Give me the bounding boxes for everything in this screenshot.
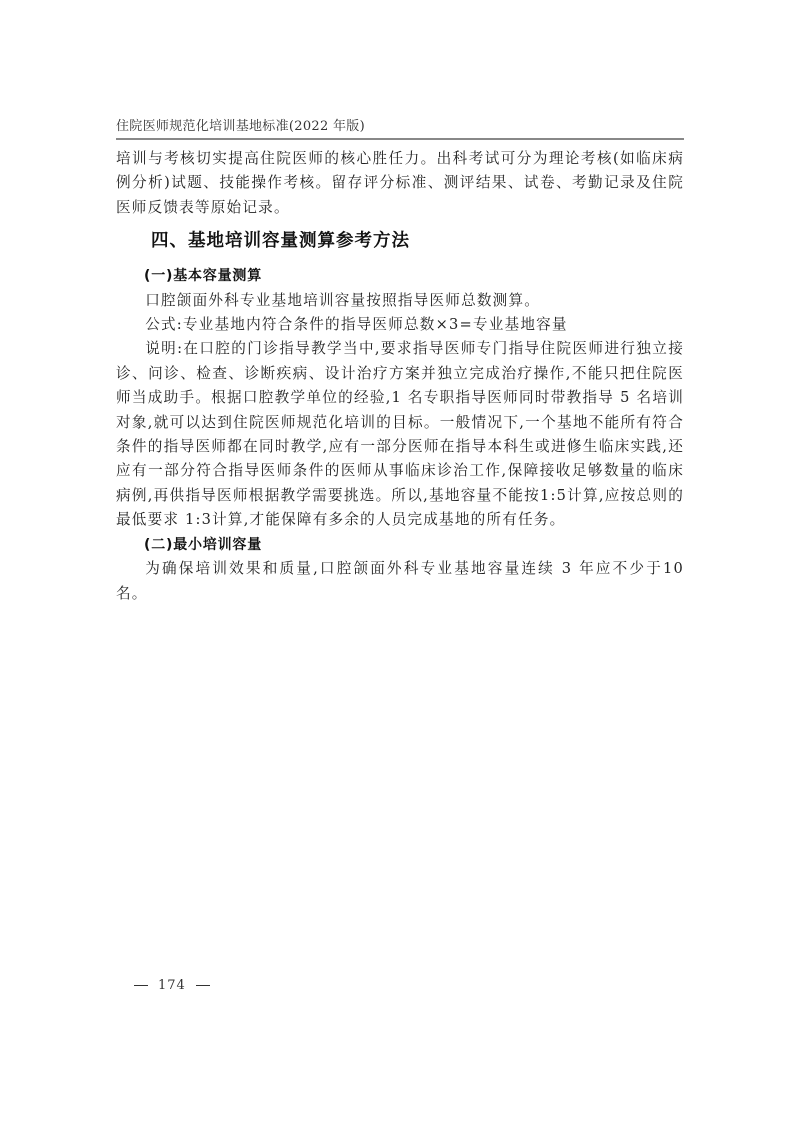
paragraph-explanation: 说明:在口腔的门诊指导教学当中,要求指导医师专门指导住院医师进行独立接诊、问诊、… bbox=[116, 337, 684, 532]
subsection-heading-basic-capacity: (一)基本容量测算 bbox=[116, 264, 684, 288]
subsection-heading-minimum-capacity: (二)最小培训容量 bbox=[116, 533, 684, 557]
page-number-value: 174 bbox=[158, 978, 186, 993]
continued-paragraph: 培训与考核切实提高住院医师的核心胜任力。出科考试可分为理论考核(如临床病例分析)… bbox=[116, 147, 684, 220]
paragraph-capacity-basis: 口腔颌面外科专业基地培训容量按照指导医师总数测算。 bbox=[116, 289, 684, 313]
header-rule bbox=[116, 138, 684, 140]
paragraph-minimum-capacity: 为确保培训效果和质量,口腔颌面外科专业基地容量连续 3 年应不少于10 名。 bbox=[116, 557, 684, 606]
dash-right bbox=[196, 985, 210, 986]
running-header: 住院医师规范化培训基地标准(2022 年版) bbox=[116, 115, 365, 134]
document-page: 住院医师规范化培训基地标准(2022 年版) 培训与考核切实提高住院医师的核心胜… bbox=[116, 0, 684, 1131]
page-number: 174 bbox=[124, 978, 220, 993]
paragraph-formula: 公式:专业基地内符合条件的指导医师总数×3=专业基地容量 bbox=[116, 313, 684, 337]
dash-left bbox=[134, 985, 148, 986]
document-body: 培训与考核切实提高住院医师的核心胜任力。出科考试可分为理论考核(如临床病例分析)… bbox=[116, 147, 684, 606]
section-heading: 四、基地培训容量测算参考方法 bbox=[116, 229, 684, 253]
